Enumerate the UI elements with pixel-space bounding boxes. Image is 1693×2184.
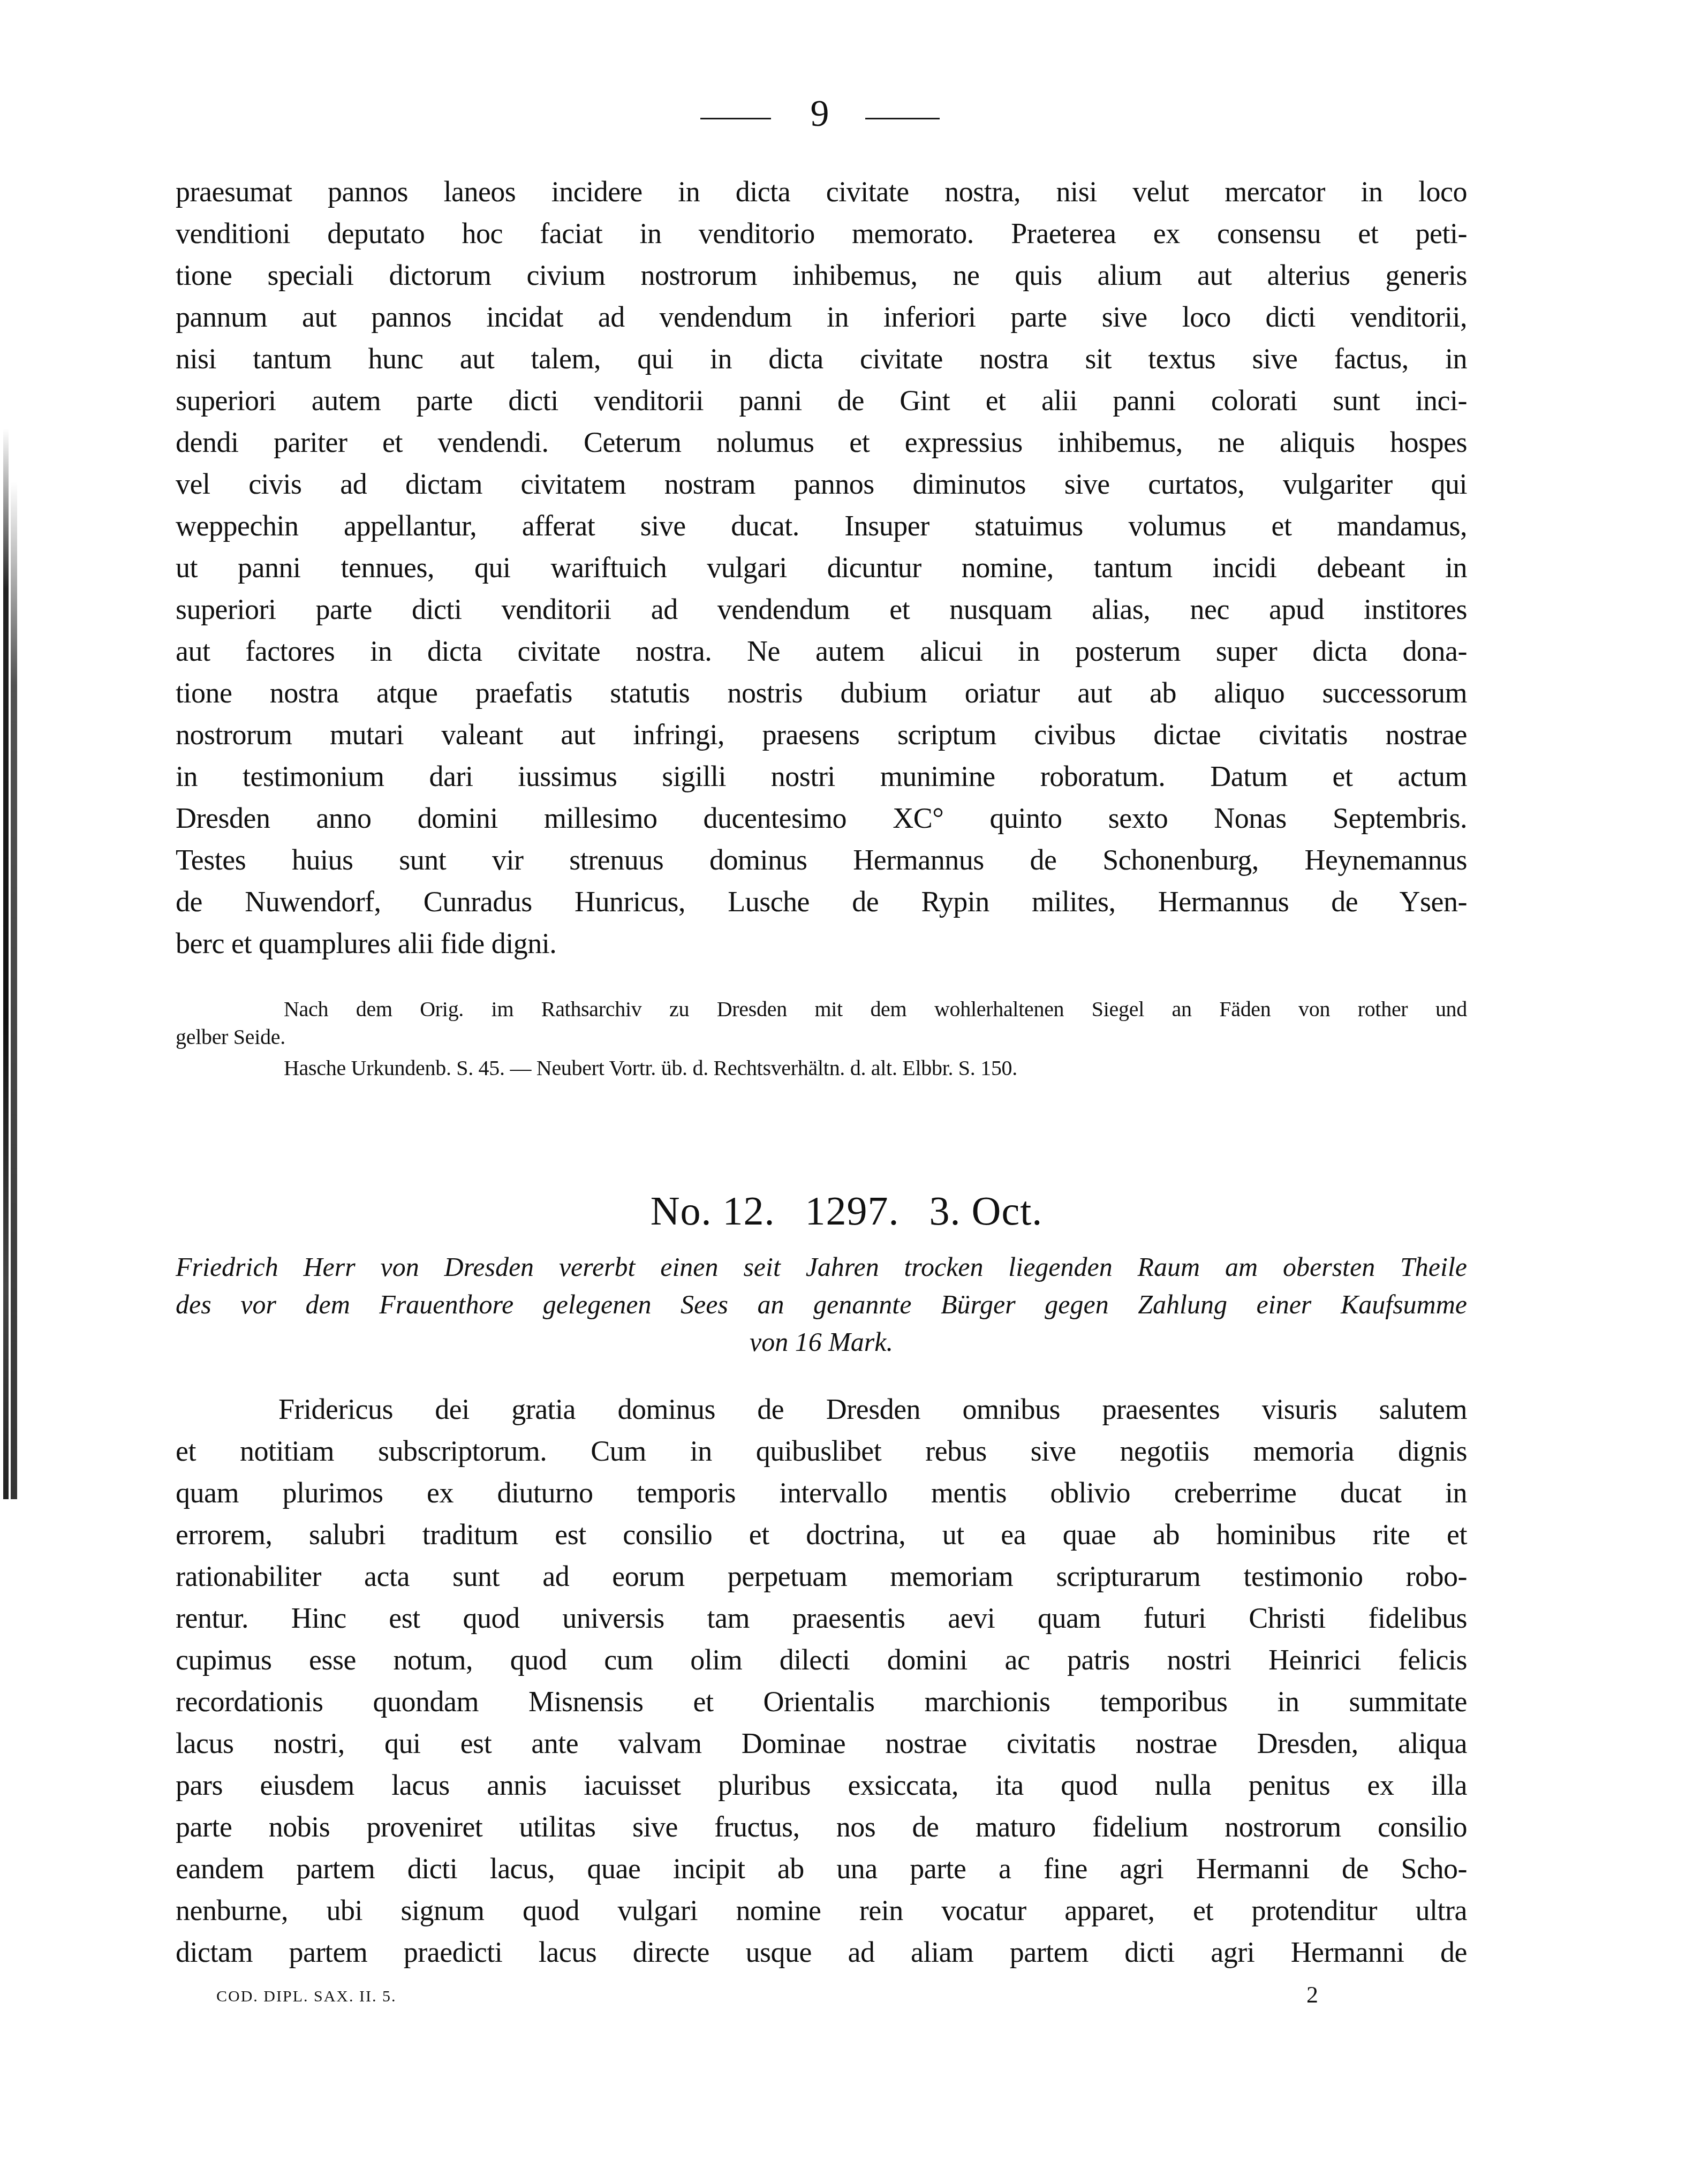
source-note-line: Hasche Urkundenb. S. 45. — Neubert Vortr… [284,1056,1467,1080]
charter-date: 3. Oct. [929,1189,1043,1234]
binding-shadow [0,428,21,1499]
text-line: tione nostra atque praefatis statutis no… [176,677,1467,709]
page-number: 9 [803,95,836,133]
header-dash-left [700,118,771,119]
source-note-line: gelber Seide. [176,1025,1467,1049]
text-line: de Nuwendorf, Cunradus Hunricus, Lusche … [176,886,1467,918]
text-line: nisi tantum hunc aut talem, qui in dicta… [176,343,1467,375]
text-line: pannum aut pannos incidat ad vendendum i… [176,301,1467,333]
text-line: dendi pariter et vendendi. Ceterum nolum… [176,426,1467,458]
text-line: Dresden anno domini millesimo ducentesim… [176,802,1467,834]
text-line: in testimonium dari iussimus sigilli nos… [176,760,1467,792]
text-line: nenburne, ubi signum quod vulgari nomine… [176,1894,1467,1926]
page-header: 9 [0,100,1693,132]
summary-line: des vor dem Frauenthore gelegenen Sees a… [176,1289,1467,1319]
text-line: tione speciali dictorum civium nostrorum… [176,259,1467,291]
text-line: lacus nostri, qui est ante valvam Domina… [176,1727,1467,1759]
charter-year: 1297. [805,1189,900,1234]
text-line: parte nobis proveniret utilitas sive fru… [176,1811,1467,1843]
text-line: vel civis ad dictam civitatem nostram pa… [176,468,1467,500]
source-note-line: Nach dem Orig. im Rathsarchiv zu Dresden… [284,997,1467,1022]
text-line: recordationis quondam Misnensis et Orien… [176,1686,1467,1718]
charter-number: No. 12. [651,1189,775,1234]
text-line: eandem partem dicti lacus, quae incipit … [176,1853,1467,1885]
binding-shadow-strip [11,482,17,1499]
text-line: errorem, salubri traditum est consilio e… [176,1518,1467,1551]
text-line: cupimus esse notum, quod cum olim dilect… [176,1644,1467,1676]
text-line: venditioni deputato hoc faciat in vendit… [176,217,1467,250]
text-line: Fridericus dei gratia dominus de Dresden… [278,1393,1467,1425]
text-line: rentur. Hinc est quod universis tam prae… [176,1602,1467,1634]
sheet-number: 2 [1306,1982,1318,2008]
signature-mark: COD. DIPL. SAX. II. 5. [216,1987,397,2006]
text-line: superiori parte dicti venditorii ad vend… [176,593,1467,625]
text-line: berc et quamplures alii fide digni. [176,927,1467,959]
text-line: dictam partem praedicti lacus directe us… [176,1936,1467,1968]
text-line: Testes huius sunt vir strenuus dominus H… [176,844,1467,876]
text-line: quam plurimos ex diuturno temporis inter… [176,1477,1467,1509]
text-line: weppechin appellantur, afferat sive duca… [176,510,1467,542]
summary-line: Friedrich Herr von Dresden vererbt einen… [176,1252,1467,1282]
text-line: pars eiusdem lacus annis iacuisset pluri… [176,1769,1467,1801]
text-line: et notitiam subscriptorum. Cum in quibus… [176,1435,1467,1467]
summary-line: von 16 Mark. [176,1327,1467,1357]
text-line: nostrorum mutari valeant aut infringi, p… [176,719,1467,751]
charter-heading: No. 12. 1297. 3. Oct. [0,1190,1693,1233]
header-dash-right [865,118,940,119]
text-line: superiori autem parte dicti venditorii p… [176,384,1467,417]
text-line: aut factores in dicta civitate nostra. N… [176,635,1467,667]
document-page: 9 praesumat pannos laneos incidere in di… [0,0,1693,2184]
binding-shadow-strip [3,428,9,1499]
text-line: praesumat pannos laneos incidere in dict… [176,176,1467,208]
text-line: ut panni tennues, qui wariftuich vulgari… [176,551,1467,584]
text-line: rationabiliter acta sunt ad eorum perpet… [176,1560,1467,1592]
